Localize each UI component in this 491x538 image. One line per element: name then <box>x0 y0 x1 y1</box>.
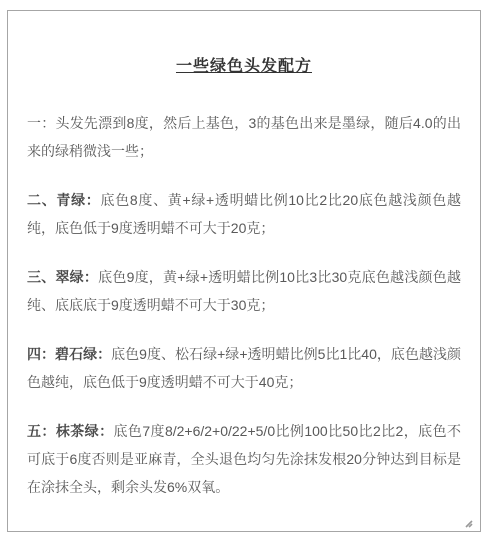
resize-grip-icon[interactable] <box>463 515 473 525</box>
recipe-lead: 五：枺茶绿： <box>27 423 114 439</box>
recipe-text: 一：头发先漂到8度，然后上基色，3的基色出来是墨绿，随后4.0的出来的绿稍微浅一… <box>27 115 461 159</box>
recipe-paragraph-1: 一：头发先漂到8度，然后上基色，3的基色出来是墨绿，随后4.0的出来的绿稍微浅一… <box>27 109 461 165</box>
recipe-lead: 三、翠绿： <box>27 269 98 285</box>
recipe-paragraph-5: 五：枺茶绿：底色7度8/2+6/2+0/22+5/0比例100比50比2比2，底… <box>27 417 461 501</box>
recipe-lead: 四：碧石绿： <box>27 346 111 362</box>
recipe-paragraph-2: 二、青绿：底色8度、黄+绿+透明蜡比例10比2比20底色越浅颜色越纯，底色低于9… <box>27 186 461 242</box>
recipe-paragraph-3: 三、翠绿：底色9度，黄+绿+透明蜡比例10比3比30克底色越浅颜色越纯、底底底于… <box>27 263 461 319</box>
recipe-lead: 二、青绿： <box>27 192 101 208</box>
text-editor-area[interactable]: 一些绿色头发配方 一：头发先漂到8度，然后上基色，3的基色出来是墨绿，随后4.0… <box>7 10 481 532</box>
recipe-paragraph-4: 四：碧石绿：底色9度、松石绿+绿+透明蜡比例5比1比40，底色越浅颜色越纯，底色… <box>27 340 461 396</box>
document-title: 一些绿色头发配方 <box>27 56 461 77</box>
